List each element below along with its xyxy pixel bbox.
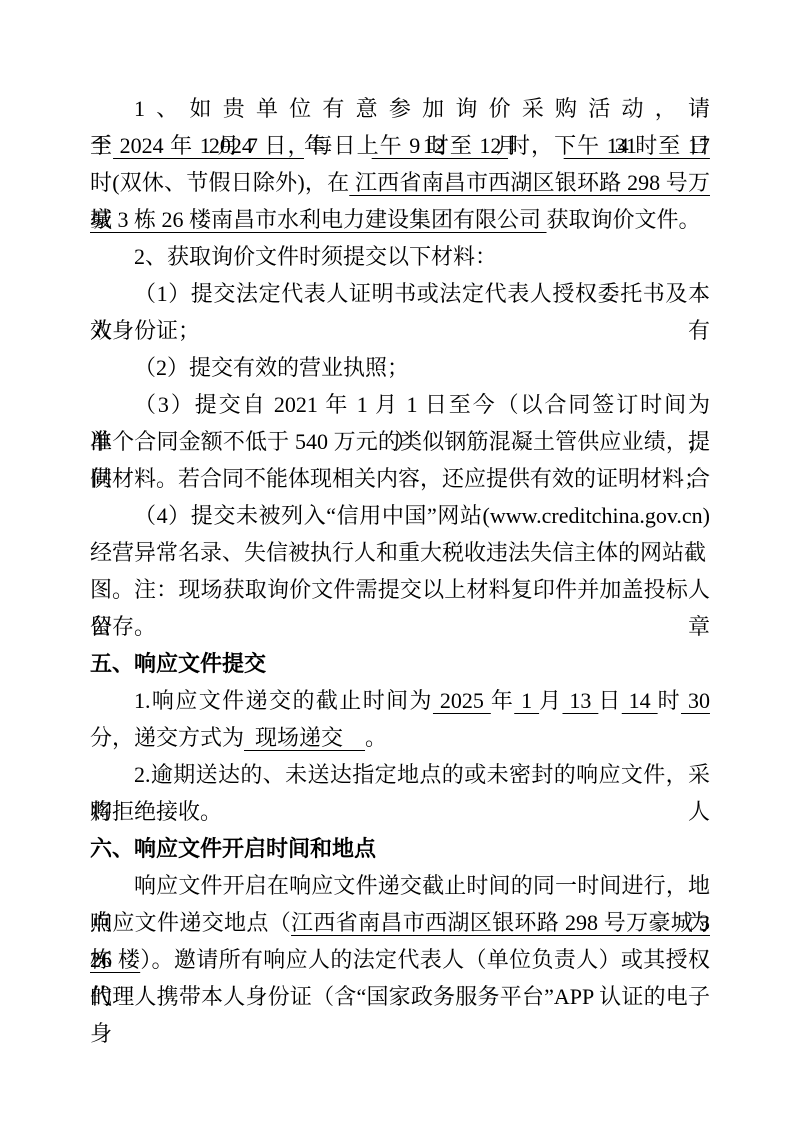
text-run: 日，每日上午 xyxy=(264,133,402,158)
text-run: 将拒绝接收。 xyxy=(90,799,222,824)
document-page: 1、如贵单位有意参加询价采购活动，请于 2024 年 12 月 31 日至 20… xyxy=(0,0,800,1131)
text-line: 单个合同金额不低于 540 万元的类似钢筋混凝土管供应业绩，提供合 xyxy=(90,423,710,460)
text-run: 至 xyxy=(90,133,113,158)
text-run: 年 xyxy=(170,133,193,158)
text-run: 月 xyxy=(539,688,562,713)
text-run: （2）提交有效的营业执照； xyxy=(134,355,409,380)
text-run: 同材料。若合同不能体现相关内容，还应提供有效的证明材料； xyxy=(90,466,706,491)
text-run: 注：现场获取询价文件需提交以上材料复印件并加盖投标人公章 xyxy=(90,577,710,639)
text-run: 日 xyxy=(598,688,621,713)
text-run: 1.响应文件递交的截止时间为 xyxy=(134,688,433,713)
underline-field: 城 3 栋 26 楼南昌市水利电力建设集团有限公司 xyxy=(90,207,547,232)
text-line: 26 楼）。邀请所有响应人的法定代表人（单位负责人）或其授权的 xyxy=(90,941,710,978)
underline-field: 1 xyxy=(193,133,217,158)
text-run: 六、响应文件开启时间和地点 xyxy=(90,836,376,861)
text-run: 时(双休、节假日除外)，在 xyxy=(90,170,349,195)
underline-field: 12 xyxy=(473,133,508,158)
paragraph-5-1-deadline: 1.响应文件递交的截止时间为 2025 年 1 月 13 日 14 时 30分，… xyxy=(90,682,710,756)
text-run: （4）提交未被列入“信用中国”网站(www.creditchina.gov.cn… xyxy=(134,503,710,528)
text-line: 五、响应文件提交 xyxy=(90,645,710,682)
underline-field: 13 xyxy=(563,688,599,713)
underline-field: 2025 xyxy=(433,688,491,713)
text-run: 五、响应文件提交 xyxy=(90,651,266,676)
paragraph-section-6-opening-time-place: 六、响应文件开启时间和地点 xyxy=(90,830,710,867)
underline-field: 30 xyxy=(681,688,710,713)
underline-field: 2024 xyxy=(113,133,170,158)
text-line: 响应文件开启在响应文件递交截止时间的同一时间进行，地点为 xyxy=(90,867,710,904)
text-line: 响应文件递交地点（江西省南昌市西湖区银环路 298 号万豪城 3 栋 xyxy=(90,904,710,941)
text-run: 响应文件递交地点（ xyxy=(90,910,291,935)
paragraph-note-onsite-copies: 注：现场获取询价文件需提交以上材料复印件并加盖投标人公章留存。 xyxy=(90,571,710,645)
underline-field: 14 xyxy=(600,133,635,158)
paragraph-2-2-business-license: （2）提交有效的营业执照； xyxy=(90,349,710,386)
text-run: 分，递交方式为 xyxy=(90,725,244,750)
text-line: 时(双休、节假日除外)，在 江西省南昌市西湖区银环路 298 号万豪 xyxy=(90,164,710,201)
text-line: （3）提交自 2021 年 1 月 1 日至今（以合同签订时间为准）， xyxy=(90,386,710,423)
text-run: 2、获取询价文件时须提交以下材料： xyxy=(134,244,497,269)
underline-field: 现场递交 xyxy=(244,725,365,750)
text-run: 年 xyxy=(491,688,514,713)
underline-field: 7 xyxy=(240,133,264,158)
paragraph-2-4-credit-china-screenshot: （4）提交未被列入“信用中国”网站(www.creditchina.gov.cn… xyxy=(90,497,710,571)
paragraph-6-opening-details: 响应文件开启在响应文件递交截止时间的同一时间进行，地点为响应文件递交地点（江西省… xyxy=(90,867,710,1015)
text-line: （4）提交未被列入“信用中国”网站(www.creditchina.gov.cn… xyxy=(90,497,710,534)
document-body: 1、如贵单位有意参加询价采购活动，请于 2024 年 12 月 31 日至 20… xyxy=(90,90,710,1015)
text-run: 月 xyxy=(217,133,240,158)
paragraph-2-3-contract-performance: （3）提交自 2021 年 1 月 1 日至今（以合同签订时间为准），单个合同金… xyxy=(90,386,710,497)
text-line: 城 3 栋 26 楼南昌市水利电力建设集团有限公司 获取询价文件。 xyxy=(90,201,710,238)
text-run: 时至 xyxy=(427,133,473,158)
text-line: （1）提交法定代表人证明书或法定代表人授权委托书及本人有 xyxy=(90,275,710,312)
text-run: 时至 xyxy=(635,133,681,158)
text-run: 。 xyxy=(365,725,387,750)
text-run: 时 xyxy=(658,688,681,713)
text-line: 分，递交方式为 现场递交 。 xyxy=(90,719,710,756)
paragraph-section-5-response-submission: 五、响应文件提交 xyxy=(90,645,710,682)
underline-field: 14 xyxy=(622,688,658,713)
paragraph-1-obtain-inquiry-file: 1、如贵单位有意参加询价采购活动，请于 2024 年 12 月 31 日至 20… xyxy=(90,90,710,238)
text-line: 2.逾期送达的、未送达指定地点的或未密封的响应文件，采购人 xyxy=(90,756,710,793)
underline-field: 9 xyxy=(403,133,427,158)
text-run: 代理人携带本人身份证（含“国家政务服务平台”APP 认证的电子身 xyxy=(90,984,710,1046)
text-line: 至 2024 年 1 月 7 日，每日上午 9 时至 12 时，下午 14 时至… xyxy=(90,127,710,164)
text-run: 时，下午 xyxy=(508,133,600,158)
text-line: 2、获取询价文件时须提交以下材料： xyxy=(90,238,710,275)
text-line: 注：现场获取询价文件需提交以上材料复印件并加盖投标人公章 xyxy=(90,571,710,608)
text-line: （2）提交有效的营业执照； xyxy=(90,349,710,386)
paragraph-2-1-legal-representative: （1）提交法定代表人证明书或法定代表人授权委托书及本人有效身份证； xyxy=(90,275,710,349)
text-line: 1、如贵单位有意参加询价采购活动，请于 2024 年 12 月 31 日 xyxy=(90,90,710,127)
paragraph-2-materials-required: 2、获取询价文件时须提交以下材料： xyxy=(90,238,710,275)
underline-field: 1 xyxy=(514,688,539,713)
text-run: 效身份证； xyxy=(90,318,200,343)
underline-field: 17 xyxy=(681,133,710,158)
paragraph-5-2-rejection: 2.逾期送达的、未送达指定地点的或未密封的响应文件，采购人将拒绝接收。 xyxy=(90,756,710,830)
text-line: 六、响应文件开启时间和地点 xyxy=(90,830,710,867)
text-line: 代理人携带本人身份证（含“国家政务服务平台”APP 认证的电子身 xyxy=(90,978,710,1015)
underline-field: 26 楼 xyxy=(90,947,140,972)
text-run: 留存。 xyxy=(90,614,156,639)
text-line: 1.响应文件递交的截止时间为 2025 年 1 月 13 日 14 时 30 xyxy=(90,682,710,719)
text-line: 同材料。若合同不能体现相关内容，还应提供有效的证明材料； xyxy=(90,460,710,497)
text-run: 获取询价文件。 xyxy=(547,207,701,232)
text-line: 经营异常名录、失信被执行人和重大税收违法失信主体的网站截图。 xyxy=(90,534,710,571)
